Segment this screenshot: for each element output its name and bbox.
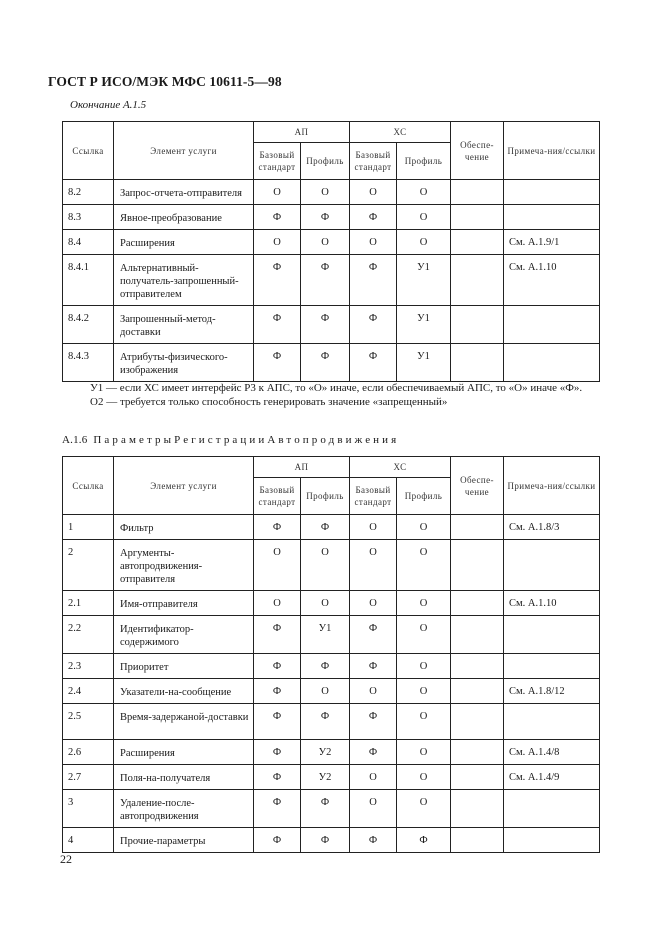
xc-profile-cell: У1 (397, 255, 451, 306)
xc-profile-cell: О (397, 654, 451, 679)
ref-cell: 2.6 (63, 740, 114, 765)
ref-cell: 2.7 (63, 765, 114, 790)
table-row: 2.7Поля-​на-​получателяФУ2ООСм. А.1.4/9 (63, 765, 600, 790)
notes-cell (504, 344, 600, 382)
ap-profile-cell: Ф (301, 306, 350, 344)
support-cell (451, 230, 504, 255)
table-row: 2Аргументы-​автопродвижения-​отправителя… (63, 540, 600, 591)
col-ap-basic-header: Базовый стандарт (254, 478, 301, 515)
col-ap-group-header: АП (254, 457, 350, 478)
xc-basic-cell: Ф (350, 616, 397, 654)
ref-cell: 4 (63, 828, 114, 853)
notes-cell (504, 306, 600, 344)
support-cell (451, 540, 504, 591)
ap-basic-cell: Ф (254, 344, 301, 382)
table2-body: 1ФильтрФФООСм. А.1.8/32Аргументы-​автопр… (63, 515, 600, 853)
table-row: 8.2Запрос-​отчета-​отправителяОООО (63, 180, 600, 205)
ap-profile-cell: О (301, 540, 350, 591)
xc-profile-cell: О (397, 515, 451, 540)
col-ap-profile-header: Профиль (301, 478, 350, 515)
xc-profile-cell: О (397, 540, 451, 591)
table-row: 8.3Явное-​преобразованиеФФФО (63, 205, 600, 230)
element-cell: Время-​задержаной-​доставки (114, 704, 254, 740)
ref-cell: 8.4.3 (63, 344, 114, 382)
element-cell: Явное-​преобразование (114, 205, 254, 230)
ap-basic-cell: Ф (254, 255, 301, 306)
ref-cell: 2.5 (63, 704, 114, 740)
support-cell (451, 180, 504, 205)
notes-cell: См. А.1.8/12 (504, 679, 600, 704)
ap-profile-cell: О (301, 230, 350, 255)
notes-cell: См. А.1.4/8 (504, 740, 600, 765)
ap-basic-cell: Ф (254, 790, 301, 828)
support-cell (451, 765, 504, 790)
ap-profile-cell: Ф (301, 654, 350, 679)
ap-profile-cell: Ф (301, 828, 350, 853)
ref-cell: 8.4.2 (63, 306, 114, 344)
col-ap-profile-header: Профиль (301, 143, 350, 180)
xc-profile-cell: О (397, 679, 451, 704)
element-cell: Удаление-​после-​автопродвижения (114, 790, 254, 828)
col-notes-header: Примеча-​ния/ссылки (504, 122, 600, 180)
ref-cell: 8.2 (63, 180, 114, 205)
support-cell (451, 515, 504, 540)
table2-caption-number: А.1.6 (62, 434, 87, 446)
ap-basic-cell: О (254, 230, 301, 255)
ap-basic-cell: О (254, 180, 301, 205)
support-cell (451, 704, 504, 740)
ap-profile-cell: Ф (301, 515, 350, 540)
ap-basic-cell: Ф (254, 828, 301, 853)
notes-cell (504, 616, 600, 654)
col-xc-profile-header: Профиль (397, 478, 451, 515)
xc-basic-cell: Ф (350, 344, 397, 382)
ap-profile-cell: У2 (301, 740, 350, 765)
col-ref-header: Ссылка (63, 122, 114, 180)
xc-profile-cell: О (397, 205, 451, 230)
element-cell: Запрошенный-​метод-​доставки (114, 306, 254, 344)
ap-basic-cell: Ф (254, 679, 301, 704)
xc-profile-cell: У1 (397, 306, 451, 344)
ap-profile-cell: У1 (301, 616, 350, 654)
col-xc-basic-header: Базовый стандарт (350, 143, 397, 180)
table-row: 2.6РасширенияФУ2ФОСм. А.1.4/8 (63, 740, 600, 765)
xc-basic-cell: Ф (350, 205, 397, 230)
xc-basic-cell: Ф (350, 306, 397, 344)
ref-cell: 2.2 (63, 616, 114, 654)
table1-caption: Окончание А.1.5 (70, 99, 146, 111)
element-cell: Альтернативный-​получатель-​запрошенный-… (114, 255, 254, 306)
xc-profile-cell: У1 (397, 344, 451, 382)
col-support-header: Обеспе-​чение (451, 122, 504, 180)
xc-profile-cell: О (397, 765, 451, 790)
support-cell (451, 344, 504, 382)
xc-profile-cell: Ф (397, 828, 451, 853)
xc-basic-cell: О (350, 230, 397, 255)
table-row: 2.1Имя-​отправителяООООСм. А.1.10 (63, 591, 600, 616)
ap-basic-cell: О (254, 540, 301, 591)
page-number: 22 (60, 852, 72, 867)
xc-basic-cell: О (350, 180, 397, 205)
ref-cell: 2.3 (63, 654, 114, 679)
ref-cell: 2 (63, 540, 114, 591)
xc-basic-cell: О (350, 790, 397, 828)
ap-basic-cell: Ф (254, 740, 301, 765)
col-xc-group-header: ХС (350, 122, 451, 143)
table-row: 2.2Идентификатор-​содержимогоФУ1ФО (63, 616, 600, 654)
table-row: 8.4.1Альтернативный-​получатель-​запроше… (63, 255, 600, 306)
ref-cell: 3 (63, 790, 114, 828)
notes-cell (504, 205, 600, 230)
xc-profile-cell: О (397, 740, 451, 765)
support-cell (451, 306, 504, 344)
notes-cell: См. А.1.9/1 (504, 230, 600, 255)
ap-basic-cell: О (254, 591, 301, 616)
ap-basic-cell: Ф (254, 306, 301, 344)
xc-basic-cell: Ф (350, 704, 397, 740)
notes-cell (504, 654, 600, 679)
table1-body: 8.2Запрос-​отчета-​отправителяОООО8.3Явн… (63, 180, 600, 382)
xc-basic-cell: Ф (350, 255, 397, 306)
ap-profile-cell: Ф (301, 205, 350, 230)
col-ap-basic-header: Базовый стандарт (254, 143, 301, 180)
support-cell (451, 255, 504, 306)
table2-caption-title: ПараметрыРегистрацииАвтопродвижения (93, 434, 399, 446)
ap-basic-cell: Ф (254, 704, 301, 740)
footnote-u1: У1 — если ХС имеет интерфейс Р3 к АПС, т… (90, 381, 582, 395)
element-cell: Запрос-​отчета-​отправителя (114, 180, 254, 205)
element-cell: Аргументы-​автопродвижения-​отправителя (114, 540, 254, 591)
ap-profile-cell: О (301, 180, 350, 205)
notes-cell (504, 180, 600, 205)
element-cell: Атрибуты-​физического-​изображения (114, 344, 254, 382)
ap-profile-cell: Ф (301, 344, 350, 382)
element-cell: Имя-​отправителя (114, 591, 254, 616)
col-support-header: Обеспе-​чение (451, 457, 504, 515)
element-cell: Расширения (114, 230, 254, 255)
element-cell: Идентификатор-​содержимого (114, 616, 254, 654)
notes-cell (504, 828, 600, 853)
table-row: 4Прочие-​параметрыФФФФ (63, 828, 600, 853)
xc-basic-cell: О (350, 591, 397, 616)
xc-profile-cell: О (397, 790, 451, 828)
xc-profile-cell: О (397, 591, 451, 616)
notes-cell (504, 790, 600, 828)
ap-basic-cell: Ф (254, 515, 301, 540)
col-element-header: Элемент услуги (114, 457, 254, 515)
xc-profile-cell: О (397, 616, 451, 654)
table-row: 2.3ПриоритетФФФО (63, 654, 600, 679)
table-row: 8.4РасширенияООООСм. А.1.9/1 (63, 230, 600, 255)
ap-profile-cell: Ф (301, 790, 350, 828)
col-xc-basic-header: Базовый стандарт (350, 478, 397, 515)
col-notes-header: Примеча-​ния/ссылки (504, 457, 600, 515)
document-header: ГОСТ Р ИСО/МЭК МФС 10611-5—98 (48, 74, 282, 90)
xc-basic-cell: Ф (350, 740, 397, 765)
notes-cell (504, 540, 600, 591)
xc-basic-cell: Ф (350, 654, 397, 679)
xc-basic-cell: О (350, 540, 397, 591)
ref-cell: 8.4 (63, 230, 114, 255)
col-element-header: Элемент услуги (114, 122, 254, 180)
ref-cell: 2.1 (63, 591, 114, 616)
col-ref-header: Ссылка (63, 457, 114, 515)
ref-cell: 1 (63, 515, 114, 540)
ref-cell: 8.3 (63, 205, 114, 230)
element-cell: Фильтр (114, 515, 254, 540)
table-row: 2.5Время-​задержаной-​доставкиФФФО (63, 704, 600, 740)
notes-cell: См. А.1.10 (504, 255, 600, 306)
ap-profile-cell: Ф (301, 704, 350, 740)
ap-basic-cell: Ф (254, 616, 301, 654)
notes-cell: См. А.1.8/3 (504, 515, 600, 540)
notes-cell: См. А.1.10 (504, 591, 600, 616)
support-cell (451, 591, 504, 616)
element-cell: Прочие-​параметры (114, 828, 254, 853)
ap-profile-cell: Ф (301, 255, 350, 306)
table-row: 1ФильтрФФООСм. А.1.8/3 (63, 515, 600, 540)
col-ap-group-header: АП (254, 122, 350, 143)
xc-profile-cell: О (397, 180, 451, 205)
xc-basic-cell: О (350, 515, 397, 540)
table2-caption: А.1.6 ПараметрыРегистрацииАвтопродвижени… (62, 434, 399, 446)
element-cell: Поля-​на-​получателя (114, 765, 254, 790)
support-cell (451, 790, 504, 828)
support-cell (451, 679, 504, 704)
ap-profile-cell: О (301, 591, 350, 616)
table-row: 8.4.2Запрошенный-​метод-​доставкиФФФУ1 (63, 306, 600, 344)
support-cell (451, 828, 504, 853)
xc-profile-cell: О (397, 704, 451, 740)
col-xc-profile-header: Профиль (397, 143, 451, 180)
table-row: 2.4Указатели-​на-​сообщениеФОООСм. А.1.8… (63, 679, 600, 704)
table-a16-autoforward-registration-params: Ссылка Элемент услуги АП ХС Обеспе-​чени… (62, 456, 600, 853)
support-cell (451, 205, 504, 230)
ref-cell: 8.4.1 (63, 255, 114, 306)
element-cell: Указатели-​на-​сообщение (114, 679, 254, 704)
col-xc-group-header: ХС (350, 457, 451, 478)
notes-cell (504, 704, 600, 740)
footnote-o2: О2 — требуется только способность генери… (90, 395, 582, 409)
ap-profile-cell: У2 (301, 765, 350, 790)
table-a15-continuation: Ссылка Элемент услуги АП ХС Обеспе-​чени… (62, 121, 600, 382)
support-cell (451, 616, 504, 654)
support-cell (451, 654, 504, 679)
element-cell: Приоритет (114, 654, 254, 679)
xc-basic-cell: Ф (350, 828, 397, 853)
ap-profile-cell: О (301, 679, 350, 704)
xc-profile-cell: О (397, 230, 451, 255)
xc-basic-cell: О (350, 679, 397, 704)
element-cell: Расширения (114, 740, 254, 765)
ref-cell: 2.4 (63, 679, 114, 704)
support-cell (451, 740, 504, 765)
ap-basic-cell: Ф (254, 654, 301, 679)
ap-basic-cell: Ф (254, 205, 301, 230)
table-row: 3Удаление-​после-​автопродвиженияФФОО (63, 790, 600, 828)
xc-basic-cell: О (350, 765, 397, 790)
notes-cell: См. А.1.4/9 (504, 765, 600, 790)
ap-basic-cell: Ф (254, 765, 301, 790)
table-row: 8.4.3Атрибуты-​физического-​изображенияФ… (63, 344, 600, 382)
table1-footnotes: У1 — если ХС имеет интерфейс Р3 к АПС, т… (90, 381, 582, 409)
